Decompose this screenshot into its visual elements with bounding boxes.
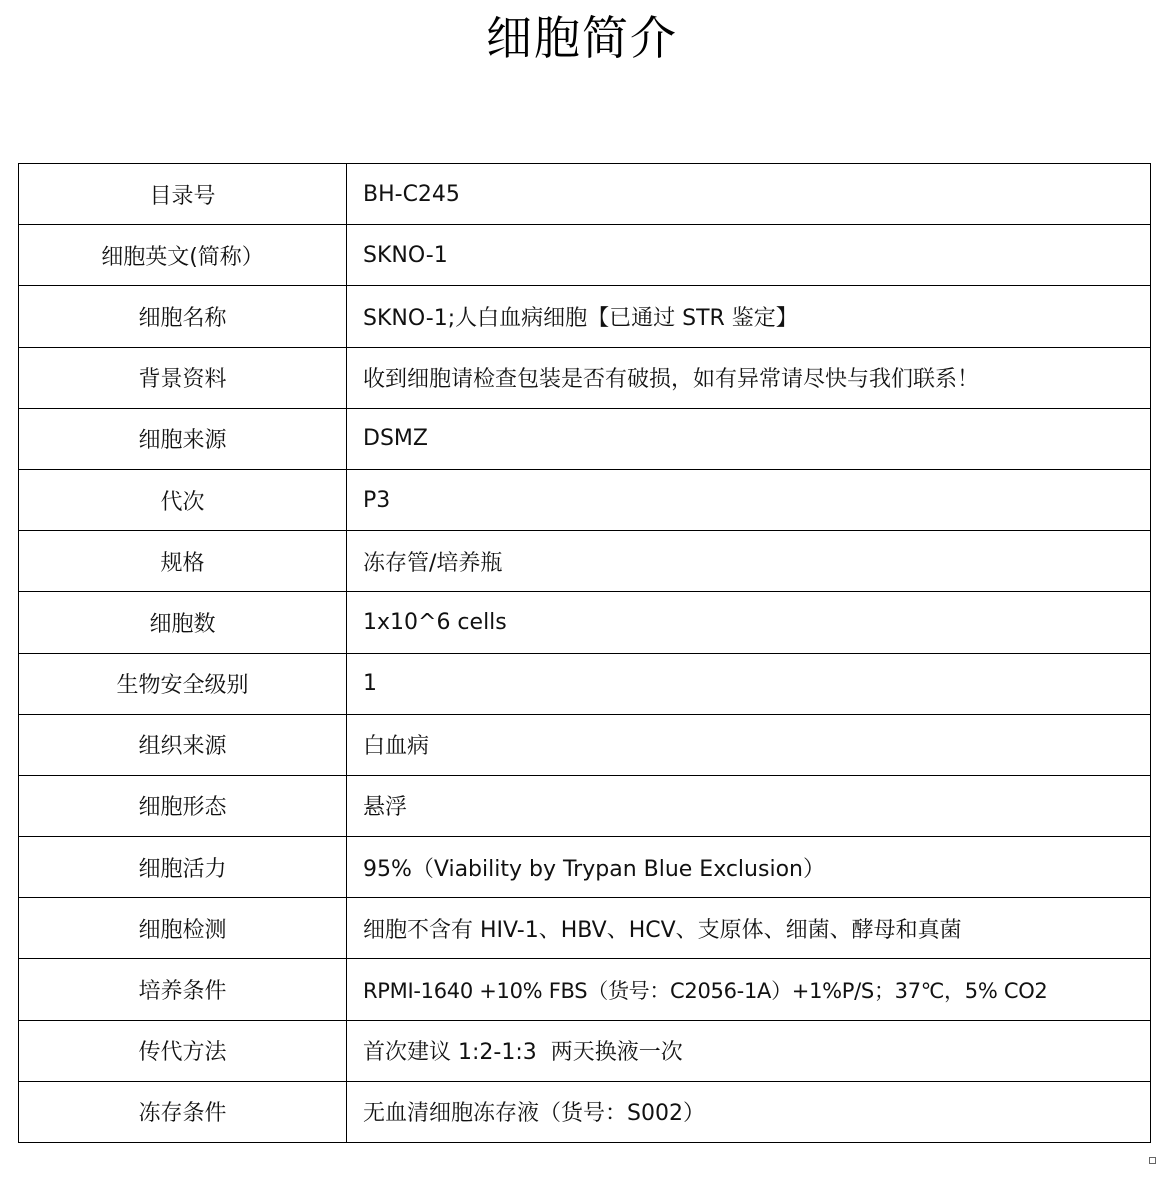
row-value: 1 <box>347 653 1151 714</box>
row-value: 95%（Viability by Trypan Blue Exclusion） <box>347 837 1151 898</box>
row-label: 目录号 <box>19 164 347 225</box>
table-row: 细胞数1x10^6 cells <box>19 592 1151 653</box>
row-value: 冻存管/培养瓶 <box>347 531 1151 592</box>
row-label: 细胞名称 <box>19 286 347 347</box>
row-label: 细胞英文(简称） <box>19 225 347 286</box>
table-row: 目录号BH-C245 <box>19 164 1151 225</box>
row-value: P3 <box>347 469 1151 530</box>
row-value: 悬浮 <box>347 775 1151 836</box>
table-row: 组织来源白血病 <box>19 714 1151 775</box>
table-row: 冻存条件无血清细胞冻存液（货号：S002） <box>19 1081 1151 1142</box>
row-value: 无血清细胞冻存液（货号：S002） <box>347 1081 1151 1142</box>
row-value: BH-C245 <box>347 164 1151 225</box>
table-resize-handle[interactable] <box>1149 1157 1156 1164</box>
row-value: SKNO-1;人白血病细胞【已通过 STR 鉴定】 <box>347 286 1151 347</box>
row-label: 细胞来源 <box>19 408 347 469</box>
table-row: 背景资料收到细胞请检查包装是否有破损，如有异常请尽快与我们联系！ <box>19 347 1151 408</box>
row-label: 培养条件 <box>19 959 347 1020</box>
row-label: 传代方法 <box>19 1020 347 1081</box>
table-row: 细胞来源DSMZ <box>19 408 1151 469</box>
cell-info-table: 目录号BH-C245 细胞英文(简称）SKNO-1 细胞名称SKNO-1;人白血… <box>18 163 1151 1143</box>
row-value: DSMZ <box>347 408 1151 469</box>
row-value: 细胞不含有 HIV-1、HBV、HCV、支原体、细菌、酵母和真菌 <box>347 898 1151 959</box>
table-row: 传代方法首次建议 1:2-1:3 两天换液一次 <box>19 1020 1151 1081</box>
row-label: 生物安全级别 <box>19 653 347 714</box>
row-value: 收到细胞请检查包装是否有破损，如有异常请尽快与我们联系！ <box>347 347 1151 408</box>
row-label: 组织来源 <box>19 714 347 775</box>
table-row: 细胞名称SKNO-1;人白血病细胞【已通过 STR 鉴定】 <box>19 286 1151 347</box>
table-row: 规格冻存管/培养瓶 <box>19 531 1151 592</box>
table-row: 培养条件RPMI-1640 +10% FBS（货号：C2056-1A）+1%P/… <box>19 959 1151 1020</box>
row-value: RPMI-1640 +10% FBS（货号：C2056-1A）+1%P/S；37… <box>347 959 1151 1020</box>
row-label: 冻存条件 <box>19 1081 347 1142</box>
row-value: 1x10^6 cells <box>347 592 1151 653</box>
table-row: 细胞检测细胞不含有 HIV-1、HBV、HCV、支原体、细菌、酵母和真菌 <box>19 898 1151 959</box>
table-row: 细胞形态悬浮 <box>19 775 1151 836</box>
row-label: 细胞形态 <box>19 775 347 836</box>
page-title: 细胞简介 <box>0 10 1164 66</box>
row-value: 首次建议 1:2-1:3 两天换液一次 <box>347 1020 1151 1081</box>
table-row: 代次P3 <box>19 469 1151 530</box>
table-row: 细胞活力95%（Viability by Trypan Blue Exclusi… <box>19 837 1151 898</box>
table-row: 细胞英文(简称）SKNO-1 <box>19 225 1151 286</box>
row-label: 规格 <box>19 531 347 592</box>
row-label: 代次 <box>19 469 347 530</box>
row-label: 细胞检测 <box>19 898 347 959</box>
row-value: SKNO-1 <box>347 225 1151 286</box>
row-value: 白血病 <box>347 714 1151 775</box>
table-row: 生物安全级别1 <box>19 653 1151 714</box>
row-label: 细胞数 <box>19 592 347 653</box>
row-label: 背景资料 <box>19 347 347 408</box>
row-label: 细胞活力 <box>19 837 347 898</box>
